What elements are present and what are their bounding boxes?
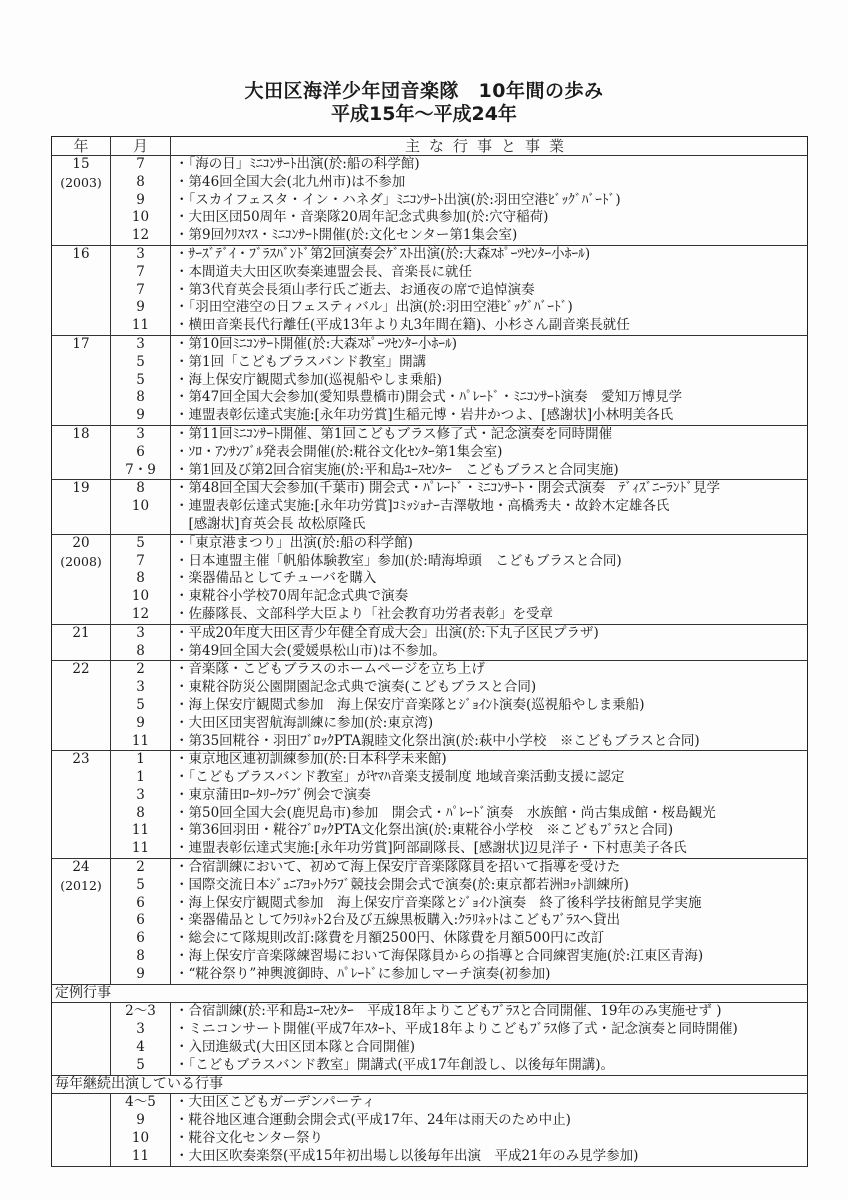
- event-item: ・東糀谷防災公園開園記念式典で演奏(こどもブラスと合同): [175, 679, 807, 697]
- month-value: 5: [111, 372, 170, 390]
- year-cell: 17: [52, 335, 111, 425]
- year-cell: 20(2008): [52, 534, 111, 624]
- month-cell: 367・9: [111, 425, 171, 479]
- events-cell: ・ｻｰｽﾞﾃﾞｲ・ﾌﾞﾗｽﾊﾞﾝﾄﾞ第2回演奏会ｹﾞｽﾄ出演(於:大森ｽﾎﾟｰﾂ…: [171, 245, 808, 335]
- history-table: 年 月 主な行事と事業 15(2003)7891012・「海の日」ﾐﾆｺﾝｻｰﾄ…: [51, 136, 808, 1167]
- month-value: 8: [111, 570, 170, 588]
- section-title: 毎年継続出演している行事: [52, 1075, 808, 1094]
- month-value: [111, 516, 170, 534]
- month-value: 2: [111, 859, 170, 877]
- event-item: ・海上保安庁観閲式参加 海上保安庁音楽隊とｼﾞｮｲﾝﾄ演奏 終了後科学技術館見学…: [175, 895, 807, 913]
- month-value: 3: [111, 1021, 170, 1039]
- year-western: (2008): [52, 553, 110, 571]
- month-value: 8: [111, 174, 170, 192]
- event-item: ・大田区団実習航海訓練に参加(於:東京湾): [175, 715, 807, 733]
- year-group-row: 24(2012)2566689・合宿訓練において、初めて海上保安庁音楽隊隊員を招…: [52, 859, 808, 985]
- events-cell: ・大田区こどもガーデンパーティ・糀谷地区連合運動会開会式(平成17年、24年は雨…: [171, 1094, 808, 1166]
- event-item: ・入団進級式(大田区団本隊と合同開催): [175, 1039, 807, 1057]
- event-item: ・第3代育英会長須山孝行氏ご逝去、お通夜の席で追悼演奏: [175, 282, 807, 300]
- event-item: ・第35回糀谷・羽田ﾌﾞﾛｯｸPTA親睦文化祭出演(於:萩中小学校 ※こどもブラ…: [175, 733, 807, 751]
- year-label: 22: [52, 661, 110, 679]
- year-label: 15: [52, 156, 110, 174]
- year-label: 21: [52, 625, 110, 643]
- event-item: ・佐藤隊長、文部科学大臣より「社会教育功労者表彰」を受章: [175, 606, 807, 624]
- event-item: ・連盟表彰伝達式実施:[永年功労賞]阿部副隊長、[感謝状]辺見洋子・下村恵美子各…: [175, 840, 807, 858]
- month-cell: 235911: [111, 661, 171, 751]
- section-rows: 4～591011・大田区こどもガーデンパーティ・糀谷地区連合運動会開会式(平成1…: [52, 1094, 808, 1166]
- month-value: 2: [111, 661, 170, 679]
- month-value: 7: [111, 264, 170, 282]
- year-label: 23: [52, 751, 110, 769]
- event-item: ・第1回「こどもブラスバンド教室」開講: [175, 354, 807, 372]
- month-value: 5: [111, 697, 170, 715]
- month-value: 12: [111, 606, 170, 624]
- event-item: ・第9回ｸﾘｽﾏｽ・ﾐﾆｺﾝｻｰﾄ開催(於:文化センター第1集会室): [175, 227, 807, 245]
- event-item: ・ｻｰｽﾞﾃﾞｲ・ﾌﾞﾗｽﾊﾞﾝﾄﾞ第2回演奏会ｹﾞｽﾄ出演(於:大森ｽﾎﾟｰﾂ…: [175, 246, 807, 264]
- event-item: ・大田区吹奏楽祭(平成15年初出場し以後毎年出演 平成21年のみ見学参加): [175, 1148, 807, 1166]
- month-value: 10: [111, 1130, 170, 1148]
- year-label: 17: [52, 336, 110, 354]
- events-cell: ・平成20年度大田区青少年健全育成大会」出演(於:下丸子区民プラザ)・第49回全…: [171, 624, 808, 661]
- event-item: ・東京地区連初訓練参加(於:日本科学未来館): [175, 751, 807, 769]
- year-group-row: 16377911・ｻｰｽﾞﾃﾞｲ・ﾌﾞﾗｽﾊﾞﾝﾄﾞ第2回演奏会ｹﾞｽﾄ出演(於…: [52, 245, 808, 335]
- month-value: 9: [111, 299, 170, 317]
- month-value: 2～3: [111, 1003, 170, 1021]
- year-group-row: 2138・平成20年度大田区青少年健全育成大会」出演(於:下丸子区民プラザ)・第…: [52, 624, 808, 661]
- year-cell: 24(2012): [52, 859, 111, 985]
- event-item: ・楽器備品としてチューバを購入: [175, 570, 807, 588]
- event-item: ・海上保安庁音楽隊練習場において海保隊員からの指導と合同練習実施(於:江東区青海…: [175, 948, 807, 966]
- event-item: ・音楽隊・こどもブラスのホームページを立ち上げ: [175, 661, 807, 679]
- event-item: ・「羽田空港空の日フェスティバル」出演(於:羽田空港ﾋﾞｯｸﾞﾊﾞｰﾄﾞ): [175, 299, 807, 317]
- event-item: ・第11回ﾐﾆｺﾝｻｰﾄ開催、第1回こどもブラス修了式・記念演奏を同時開催: [175, 426, 807, 444]
- event-item: [感謝状]育英会長 故松原隆氏: [175, 516, 807, 534]
- event-item: ・第49回全国大会(愛媛県松山市)は不参加。: [175, 643, 807, 661]
- month-value: 3: [111, 336, 170, 354]
- month-value: 8: [111, 948, 170, 966]
- month-value: 9: [111, 966, 170, 984]
- month-value: 5: [111, 354, 170, 372]
- month-value: 6: [111, 444, 170, 462]
- event-item: ・第1回及び第2回合宿実施(於:平和島ﾕｰｽｾﾝﾀｰ こどもブラスと合同実施): [175, 462, 807, 480]
- month-value: 6: [111, 895, 170, 913]
- month-value: 11: [111, 840, 170, 858]
- event-item: ・平成20年度大田区青少年健全育成大会」出演(於:下丸子区民プラザ): [175, 625, 807, 643]
- header-year: 年: [52, 137, 111, 156]
- month-value: 5: [111, 877, 170, 895]
- year-cell: 18: [52, 425, 111, 479]
- month-value: 1: [111, 769, 170, 787]
- month-value: 3: [111, 787, 170, 805]
- year-group-row: 1735589・第10回ﾐﾆｺﾝｻｰﾄ開催(於:大森ｽﾎﾟｰﾂｾﾝﾀｰ小ﾎｰﾙ)…: [52, 335, 808, 425]
- month-value: 7: [111, 553, 170, 571]
- month-value: 11: [111, 317, 170, 335]
- month-value: 5: [111, 1057, 170, 1075]
- event-item: ・本間道夫大田区吹奏楽連盟会長、音楽長に就任: [175, 264, 807, 282]
- month-cell: 810: [111, 480, 171, 534]
- year-cell: 16: [52, 245, 111, 335]
- month-value: 9: [111, 715, 170, 733]
- month-value: 8: [111, 643, 170, 661]
- month-value: 6: [111, 930, 170, 948]
- event-item: ・ミニコンサート開催(平成7年ｽﾀｰﾄ、平成18年よりこどもﾌﾞﾗｽ修了式・記念…: [175, 1021, 807, 1039]
- year-cell: 19: [52, 480, 111, 534]
- year-group-row: 20(2008)5781012・「東京港まつり」出演(於:船の科学館)・日本連盟…: [52, 534, 808, 624]
- event-item: ・海上保安庁観閲式参加 海上保安庁音楽隊とｼﾞｮｲﾝﾄ演奏(巡視船やしま乗船): [175, 697, 807, 715]
- events-cell: ・「海の日」ﾐﾆｺﾝｻｰﾄ出演(於:船の科学館)・第46回全国大会(北九州市)は…: [171, 156, 808, 246]
- section-rows: 2～3345・合宿訓練(於:平和島ﾕｰｽｾﾝﾀｰ 平成18年よりこどもﾌﾞﾗｽと…: [52, 1003, 808, 1075]
- table-header-row: 年 月 主な行事と事業: [52, 137, 808, 156]
- month-value: 11: [111, 822, 170, 840]
- event-item: ・第47回全国大会参加(愛知県豊橋市)開会式・ﾊﾟﾚｰﾄﾞ・ﾐﾆｺﾝｻｰﾄ演奏 …: [175, 389, 807, 407]
- event-item: ・“糀谷祭り”神輿渡御時、ﾊﾟﾚｰﾄﾞに参加しマーチ演奏(初参加): [175, 966, 807, 984]
- month-cell: 377911: [111, 245, 171, 335]
- header-events: 主な行事と事業: [171, 137, 808, 156]
- events-cell: ・第48回全国大会参加(千葉市) 開会式・ﾊﾟﾚｰﾄﾞ・ﾐﾆｺﾝｻｰﾄ・閉会式演…: [171, 480, 808, 534]
- month-cell: 7891012: [111, 156, 171, 246]
- events-cell: ・東京地区連初訓練参加(於:日本科学未来館)・「こどもブラスバンド教室」がﾔﾏﾊ…: [171, 751, 808, 859]
- event-item: ・東京蒲田ﾛｰﾀﾘｰｸﾗﾌﾞ例会で演奏: [175, 787, 807, 805]
- month-value: 12: [111, 227, 170, 245]
- year-group-row: 15(2003)7891012・「海の日」ﾐﾆｺﾝｻｰﾄ出演(於:船の科学館)・…: [52, 156, 808, 246]
- header-month: 月: [111, 137, 171, 156]
- month-value: 3: [111, 625, 170, 643]
- month-cell: 5781012: [111, 534, 171, 624]
- event-item: ・ｿﾛ・ｱﾝｻﾝﾌﾞﾙ発表会開催(於:糀谷文化ｾﾝﾀｰ第1集会室): [175, 444, 807, 462]
- year-group-row: 2311381111・東京地区連初訓練参加(於:日本科学未来館)・「こどもブラス…: [52, 751, 808, 859]
- event-item: ・「海の日」ﾐﾆｺﾝｻｰﾄ出演(於:船の科学館): [175, 156, 807, 174]
- year-cell: 21: [52, 624, 111, 661]
- year-group-row: 19810・第48回全国大会参加(千葉市) 開会式・ﾊﾟﾚｰﾄﾞ・ﾐﾆｺﾝｻｰﾄ…: [52, 480, 808, 534]
- month-value: 10: [111, 498, 170, 516]
- month-cell: 11381111: [111, 751, 171, 859]
- month-value: 7・9: [111, 462, 170, 480]
- event-item: ・総会にて隊規則改訂:隊費を月額2500円、休隊費を月額500円に改訂: [175, 930, 807, 948]
- year-label: 24: [52, 859, 110, 877]
- event-item: ・国際交流日本ｼﾞｭﾆｱﾖｯﾄｸﾗﾌﾞ競技会開会式で演奏(於:東京都若洲ﾖｯﾄ訓…: [175, 877, 807, 895]
- events-cell: ・音楽隊・こどもブラスのホームページを立ち上げ・東糀谷防災公園開園記念式典で演奏…: [171, 661, 808, 751]
- month-value: 3: [111, 246, 170, 264]
- year-label: 18: [52, 426, 110, 444]
- event-item: ・楽器備品としてｸﾗﾘﾈｯﾄ2台及び五線黒板購入:ｸﾗﾘﾈｯﾄはこどもﾌﾞﾗｽへ…: [175, 912, 807, 930]
- events-cell: ・「東京港まつり」出演(於:船の科学館)・日本連盟主催「帆船体験教室」参加(於:…: [171, 534, 808, 624]
- month-value: 4: [111, 1039, 170, 1057]
- section-title: 定例行事: [52, 984, 808, 1003]
- month-value: 8: [111, 480, 170, 498]
- event-item: ・横田音楽長代行離任(平成13年より丸3年間在籍)、小杉さん副音楽長就任: [175, 317, 807, 335]
- month-cell: 38: [111, 624, 171, 661]
- event-item: ・第36回羽田・糀谷ﾌﾞﾛｯｸPTA文化祭出演(於:東糀谷小学校 ※こどもﾌﾞﾗ…: [175, 822, 807, 840]
- event-item: ・連盟表彰伝達式実施:[永年功労賞]ｺﾐｯｼｮﾅｰ吉澤敬地・高橋秀夫・故鈴木定雄…: [175, 498, 807, 516]
- year-cell: 22: [52, 661, 111, 751]
- month-value: 11: [111, 1148, 170, 1166]
- events-cell: ・合宿訓練において、初めて海上保安庁音楽隊隊員を招いて指導を受けた・国際交流日本…: [171, 859, 808, 985]
- event-item: ・大田区団50周年・音楽隊20周年記念式典参加(於:穴守稲荷): [175, 209, 807, 227]
- event-item: ・合宿訓練(於:平和島ﾕｰｽｾﾝﾀｰ 平成18年よりこどもﾌﾞﾗｽと合同開催、1…: [175, 1003, 807, 1021]
- month-value: 5: [111, 535, 170, 553]
- year-label: 20: [52, 535, 110, 553]
- year-cell: [52, 1094, 111, 1166]
- month-value: 3: [111, 426, 170, 444]
- month-value: 9: [111, 407, 170, 425]
- event-item: ・海上保安庁観閲式参加(巡視船やしま乗船): [175, 372, 807, 390]
- event-item: ・糀谷地区連合運動会開会式(平成17年、24年は雨天のため中止): [175, 1112, 807, 1130]
- event-item: ・合宿訓練において、初めて海上保安庁音楽隊隊員を招いて指導を受けた: [175, 859, 807, 877]
- month-value: 3: [111, 679, 170, 697]
- month-value: 7: [111, 156, 170, 174]
- event-item: ・「こどもブラスバンド教室」がﾔﾏﾊ音楽支援制度 地域音楽活動支援に認定: [175, 769, 807, 787]
- month-value: 8: [111, 389, 170, 407]
- month-cell: 2566689: [111, 859, 171, 985]
- event-item: ・連盟表彰伝達式実施:[永年功労賞]生稲元博・岩井かつよ、[感謝状]小林明美各氏: [175, 407, 807, 425]
- month-value: 8: [111, 805, 170, 823]
- year-western: (2003): [52, 174, 110, 192]
- event-item: ・「東京港まつり」出演(於:船の科学館): [175, 535, 807, 553]
- year-group-row: 22235911・音楽隊・こどもブラスのホームページを立ち上げ・東糀谷防災公園開…: [52, 661, 808, 751]
- month-value: 10: [111, 588, 170, 606]
- month-value: 9: [111, 1112, 170, 1130]
- month-cell: 2～3345: [111, 1003, 171, 1075]
- events-cell: ・合宿訓練(於:平和島ﾕｰｽｾﾝﾀｰ 平成18年よりこどもﾌﾞﾗｽと合同開催、1…: [171, 1003, 808, 1075]
- month-cell: 4～591011: [111, 1094, 171, 1166]
- year-group-row: 18367・9・第11回ﾐﾆｺﾝｻｰﾄ開催、第1回こどもブラス修了式・記念演奏を…: [52, 425, 808, 479]
- month-value: 11: [111, 733, 170, 751]
- year-cell: [52, 1003, 111, 1075]
- month-value: 7: [111, 282, 170, 300]
- section-header-row: 毎年継続出演している行事: [52, 1075, 808, 1094]
- month-value: 6: [111, 912, 170, 930]
- month-value: 1: [111, 751, 170, 769]
- year-label: 19: [52, 480, 110, 498]
- year-label: 16: [52, 246, 110, 264]
- month-value: 9: [111, 192, 170, 210]
- month-cell: 35589: [111, 335, 171, 425]
- event-item: ・「こどもブラスバンド教室」開講式(平成17年創設し、以後毎年開講)。: [175, 1057, 807, 1075]
- event-item: ・大田区こどもガーデンパーティ: [175, 1094, 807, 1112]
- document-subtitle: 平成15年～平成24年: [0, 99, 848, 126]
- section-header-row: 定例行事: [52, 984, 808, 1003]
- event-item: ・第50回全国大会(鹿児島市)参加 開会式・ﾊﾟﾚｰﾄﾞ演奏 水族館・尚古集成館…: [175, 805, 807, 823]
- event-item: ・第48回全国大会参加(千葉市) 開会式・ﾊﾟﾚｰﾄﾞ・ﾐﾆｺﾝｻｰﾄ・閉会式演…: [175, 480, 807, 498]
- events-cell: ・第10回ﾐﾆｺﾝｻｰﾄ開催(於:大森ｽﾎﾟｰﾂｾﾝﾀｰ小ﾎｰﾙ)・第1回「こど…: [171, 335, 808, 425]
- month-value: 4～5: [111, 1094, 170, 1112]
- event-item: ・糀谷文化センター祭り: [175, 1130, 807, 1148]
- year-cell: 23: [52, 751, 111, 859]
- year-cell: 15(2003): [52, 156, 111, 246]
- event-item: ・第10回ﾐﾆｺﾝｻｰﾄ開催(於:大森ｽﾎﾟｰﾂｾﾝﾀｰ小ﾎｰﾙ): [175, 336, 807, 354]
- month-value: 10: [111, 209, 170, 227]
- event-item: ・東糀谷小学校70周年記念式典で演奏: [175, 588, 807, 606]
- table-body: 15(2003)7891012・「海の日」ﾐﾆｺﾝｻｰﾄ出演(於:船の科学館)・…: [52, 156, 808, 1167]
- event-item: ・「スカイフェスタ・イン・ハネダ」ﾐﾆｺﾝｻｰﾄ出演(於:羽田空港ﾋﾞｯｸﾞﾊﾞ…: [175, 192, 807, 210]
- year-western: (2012): [52, 877, 110, 895]
- events-cell: ・第11回ﾐﾆｺﾝｻｰﾄ開催、第1回こどもブラス修了式・記念演奏を同時開催・ｿﾛ…: [171, 425, 808, 479]
- event-item: ・第46回全国大会(北九州市)は不参加: [175, 174, 807, 192]
- event-item: ・日本連盟主催「帆船体験教室」参加(於:晴海埠頭 こどもブラスと合同): [175, 553, 807, 571]
